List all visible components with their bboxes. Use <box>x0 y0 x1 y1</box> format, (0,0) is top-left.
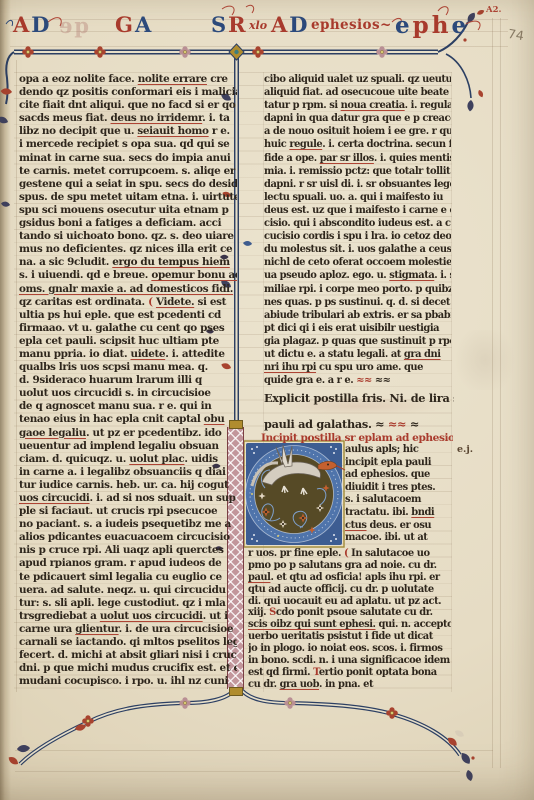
manuscript-page: AD qe GA SR xlo AD ephesios~ ephe A2. 74… <box>0 0 534 800</box>
text-line: nis p cruce rpi. Ali uaqz apli querctes <box>19 544 237 557</box>
text-line: macoe. ibi. ut at <box>345 532 451 545</box>
header-letter: p <box>413 12 432 39</box>
text-line: huic regule. i. certa doctrina. secun fi… <box>264 138 451 151</box>
text-line: fide a ope. par sr illos. i. quies menti… <box>264 152 451 165</box>
bottom-vines <box>7 688 475 782</box>
header-letter: D <box>289 12 309 37</box>
text-line: minat in carne sua. secs do impia anui <box>19 152 237 165</box>
text-line: diuidit i tres ptes. <box>345 482 451 495</box>
text-line: dapni. r sr uisl di. i. sr obsuantes leg… <box>264 178 451 191</box>
illuminated-initial-P <box>244 441 345 547</box>
header-letter: R <box>228 12 247 37</box>
text-beside-initial: aulus apls; hicincipit epla pauliad ephe… <box>345 444 451 545</box>
text-line: est qd firmi. Tertio ponit optata bona <box>248 667 451 679</box>
text-line: pmo po p salutans gra ad noie. cu dr. <box>248 560 451 572</box>
text-line: gaoe legaliu. ut pz er pcedentibz. ido <box>19 427 237 440</box>
text-line: spus. de spu metet uitam etna. i. uirtut… <box>19 191 237 204</box>
text-line: r uos. pr fine eple. ( In salutacoe uo <box>248 548 451 560</box>
text-line: tando si uichoato bono. qz. s. deo uiare <box>19 230 237 243</box>
bleed-through-letters: qe <box>57 13 89 38</box>
text-line: gsidus boni a fatiges a deficiam. acci <box>19 217 237 230</box>
explicit-line: Explicit postilla fris. Ni. de lira sr e… <box>264 391 454 405</box>
text-line: d. 9sideraco huarum lrarum illi q <box>19 374 237 387</box>
text-line: apud rpianos gram. r apud iudeos de <box>19 557 237 570</box>
text-line: jo in plogo. io noiat eos. scos. i. firm… <box>248 643 451 655</box>
text-line: opa a eoz nolite face. nolite errare cre <box>19 73 237 86</box>
left-text-column: opa a eoz nolite face. nolite errare cre… <box>19 73 237 688</box>
text-line: ueuentur ad implend legaliu obsuan <box>19 440 237 453</box>
text-line: ultia ps hui eple. que est pcedenti cd <box>19 309 237 322</box>
running-header-right: ephe <box>395 12 469 39</box>
text-line: qtu ad aucte officij. cu dr. p uolutate <box>248 584 451 596</box>
text-line: di. qui uocauit eu ad aplatu. ut pz act. <box>248 596 451 608</box>
running-header-center2: AD <box>271 12 310 37</box>
text-line: s. i salutacoem <box>345 494 451 507</box>
text-line: gestene qui a seiat in spu. secs do desi… <box>19 178 237 191</box>
text-line: na. a sic 9cludit. ergo du tempus hiem <box>19 256 237 269</box>
text-line: spu sci mouens osecutur uita etnam p <box>19 204 237 217</box>
text-line: s. i uiuendi. qd e breue. opemur bonu ad <box>19 269 237 282</box>
running-header-left: AD <box>13 12 52 37</box>
text-line: libz no decipit que u. seiauit homo r e. <box>19 125 237 138</box>
text-line: uolut uos circucidi s. in circucisioe <box>19 387 237 400</box>
text-line: ad ephesios. que <box>345 469 451 482</box>
text-line: manu ppria. io diat. uidete. i. attedite <box>19 348 237 361</box>
text-line: ctus deus. er osu <box>345 520 451 533</box>
text-line: paul. et qtu ad osficia! apls ihu rpi. e… <box>248 572 451 584</box>
text-line: ple si faciaut. ut crucis rpi psecucoe <box>19 505 237 518</box>
text-line: de q agnoscet manu sua. r e. qui in <box>19 400 237 413</box>
text-line: dendo qz positis conformari eis i malici… <box>19 86 237 99</box>
right-text-column-upper: cibo aliquid ualet uz spuali. qz ueutuia… <box>264 73 451 387</box>
text-line: pt dici qi i eis erat uisibilr uestigia <box>264 322 451 335</box>
text-line: trsgrediebat a uolut uos circucidi. ut i <box>19 610 237 623</box>
text-line: uera. ad salute. neqz. u. qui circucidu <box>19 584 237 597</box>
text-line: cucisio cordis i spu i lra. io cetoz deo… <box>264 230 451 243</box>
text-line: tenao eius in hac epla cnit captal obu <box>19 413 237 426</box>
running-header-title-script: ephesios~ <box>311 17 392 33</box>
text-line: oms. gnalr maxie a. ad domesticos fidi. <box>19 283 237 296</box>
running-header-left2: GA <box>115 12 153 37</box>
running-header-abbrev: xlo <box>249 19 267 32</box>
text-line: te carnis. metet corrupcoem. s. aliqe er <box>19 165 237 178</box>
text-line: sacds meus fiat. deus no irridemr. i. ta <box>19 112 237 125</box>
text-line: cisio. qui i abscondito iudeus est. a ci… <box>264 217 451 230</box>
header-letter: h <box>432 12 452 39</box>
margin-annotation: e.j. <box>457 444 473 455</box>
text-line: cibo aliquid ualet uz spuali. qz ueutui <box>264 73 451 86</box>
text-line: epla cet pauli. scipsit huc ultiam pte <box>19 335 237 348</box>
text-line: gia plagaz. p quas que sustinuit p rpo. <box>264 335 451 348</box>
explicit-line: pauli ad galathas. ≈ ≈≈ ≈ <box>264 417 454 431</box>
header-letter: D <box>31 12 51 37</box>
text-line: alios pdicantes euacuacoem circucisio <box>19 531 237 544</box>
header-letter: A <box>13 12 31 37</box>
text-line: tatur p rpm. si noua creatia. i. regulac… <box>264 99 451 112</box>
text-line: mia. i. remissio pctz: que totalr tollit… <box>264 165 451 178</box>
right-text-column-lower: r uos. pr fine eple. ( In salutacoe uopm… <box>248 548 451 691</box>
folio-number: 74 <box>507 26 525 43</box>
text-line: miliae rpi. i corpe meo porto. p quibz <box>264 283 451 296</box>
text-line: te pdicauert siml legalia cu euglio ce <box>19 571 237 584</box>
header-letter: e <box>451 12 469 39</box>
text-line: tractatu. ibi. bndi <box>345 507 451 520</box>
text-line: du molestus sit. i. uos galathe a ceus <box>264 243 451 256</box>
text-line: aliquid fiat. ad osecucoue uite beate q <box>264 86 451 99</box>
header-letter: S <box>211 12 228 37</box>
text-line: aulus apls; hic <box>345 444 451 457</box>
text-line: qz caritas est ordinata. ( Videte. si es… <box>19 296 237 309</box>
text-line: mudani cocupisco. i rpo. u. ihl nz cuni <box>19 675 237 688</box>
header-letter: A <box>271 12 289 37</box>
text-line: nri ihu rpi cu spu uro ame. que <box>264 361 451 374</box>
text-line: dapni in qua datur gra que e p creacoem. <box>264 112 451 125</box>
text-line: no paciant. s. a iudeis psequetibz me a <box>19 518 237 531</box>
text-line: cite fiait dnt aliqui. que no facd si er… <box>19 99 237 112</box>
text-line: fecert. d. michi at absit gliari nisi i … <box>19 649 237 662</box>
text-line: uos circucidi. i. ad si nos sduait. un s… <box>19 492 237 505</box>
text-line: carnali se iactando. qi mltos pselitos l… <box>19 636 237 649</box>
text-line: dni. p que michi mudus crucifix est. et … <box>19 662 237 675</box>
text-line: scis oibz qui sunt ephesi. qui. n. accep… <box>248 619 451 631</box>
corner-mark: A2. <box>486 5 501 15</box>
text-line: nes quas. p ps sustinui. q. d. si decet … <box>264 296 451 309</box>
text-line: abiude tribulari ab extris. er sa pbabil… <box>264 309 451 322</box>
text-line: quide gra e. a r e. ≈≈ ≈≈ <box>264 374 451 387</box>
running-header-center: SR <box>211 12 248 37</box>
header-letter: G <box>115 12 135 37</box>
header-letter: e <box>395 12 413 39</box>
text-line: i mercede recipiet s opa sua. qd qui se <box>19 138 237 151</box>
text-line: tur iudice carnis. heb. ur. ca. hij cogu… <box>19 479 237 492</box>
text-line: cu dr. gra uob. in pna. et <box>248 679 451 691</box>
text-line: firmaao. vt u. galathe cu cent qo pses <box>19 322 237 335</box>
text-line: incipit epla pauli <box>345 457 451 470</box>
text-line: ua pseudo aploz. ego. u. stigmata. i. si… <box>264 269 451 282</box>
text-line: uerbo ueritatis psistut i fide ut dicat <box>248 631 451 643</box>
text-line: in bono. scdi. n. i una significacoe ide… <box>248 655 451 667</box>
incipit-rubric: Incipit postilla sr eplam ad ephesios. <box>261 432 453 444</box>
text-line: carne ura glientur. i. de ura circucisio… <box>19 623 237 636</box>
header-letter: A <box>135 12 153 37</box>
text-line: qualbs lris uos scpsi manu mea. q. <box>19 361 237 374</box>
text-line: a de nouo osituit hoiem i ee gre. r quic… <box>264 125 451 138</box>
text-line: lectu spuali. uo. a. qui i maifesto iu <box>264 191 451 204</box>
text-line: tur: s. sli apli. lege custodiut. qz i m… <box>19 597 237 610</box>
text-line: xiij. Scdo ponit psoue salutate cu dr. <box>248 607 451 619</box>
text-line: ciam. d. quicuqz. u. uolut plac. uidis <box>19 453 237 466</box>
text-line: in carne a. i legalibz obsuanciis q diai <box>19 466 237 479</box>
left-margin-leaves <box>0 87 12 207</box>
text-line: mus no deficientes. qz nices illa erit c… <box>19 243 237 256</box>
text-line: deus est. uz que i maifesto i carne e ci… <box>264 204 451 217</box>
text-line: ut dictu e. a statu legali. at gra dni <box>264 348 451 361</box>
text-line: nichl de ceto oferat occoem molestie. re… <box>264 256 451 269</box>
